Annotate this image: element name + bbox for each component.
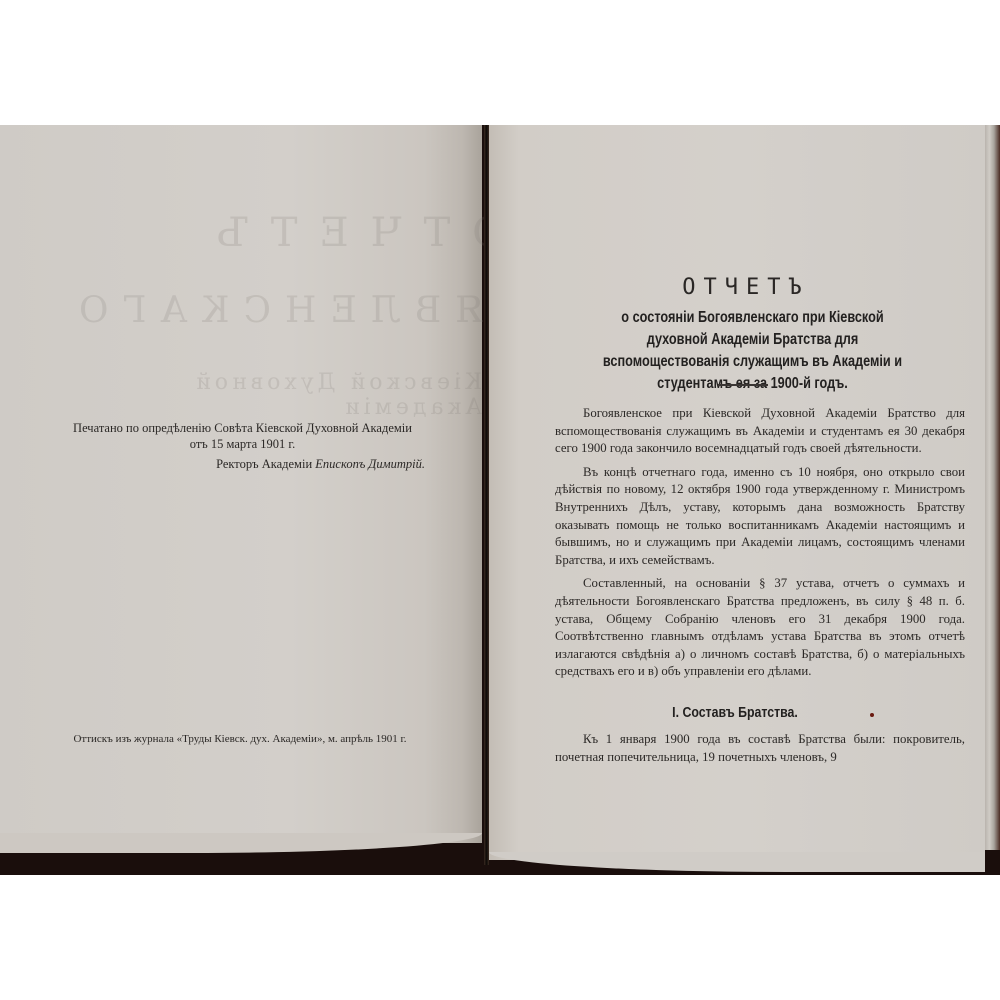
title-divider	[718, 384, 768, 386]
report-body: Богоявленское при Кіевской Духовной Акад…	[555, 405, 965, 687]
left-page: ОТЧЕТЪ БОГОЯВЛЕНСКАГО Кіевской Духовной …	[0, 125, 482, 843]
rector-prefix: Ректоръ Академіи	[216, 457, 312, 471]
imprint-notice: Печатано по опредѣленію Совѣта Кіевской …	[60, 420, 425, 472]
section-heading: I. Составъ Братства.	[582, 705, 888, 721]
document-subtitle: о состояніи Богоявленскаго при Кіевской …	[591, 307, 915, 395]
paragraph-2: Въ концѣ отчетнаго года, именно съ 10 но…	[555, 464, 965, 570]
section-body: Къ 1 января 1900 года въ составѣ Братств…	[555, 730, 965, 766]
imprint-line-2: отъ 15 марта 1901 г.	[190, 437, 295, 451]
ink-speck	[870, 713, 874, 717]
rector-name: Епископъ Димитрій.	[315, 457, 425, 471]
bleed-through-title: ОТЧЕТЪ	[195, 210, 505, 256]
section-paragraph: Къ 1 января 1900 года въ составѣ Братств…	[555, 730, 965, 766]
document-title: ОТЧЕТЪ	[506, 275, 986, 300]
paragraph-3: Составленный, на основаніи § 37 устава, …	[555, 575, 965, 681]
book-photo: ОТЧЕТЪ БОГОЯВЛЕНСКАГО Кіевской Духовной …	[0, 125, 1000, 875]
rector-signature: Ректоръ Академіи Епископъ Димитрій.	[60, 456, 425, 472]
paragraph-1: Богоявленское при Кіевской Духовной Акад…	[555, 405, 965, 458]
page-edges	[985, 125, 1000, 850]
offprint-note: Оттискъ изъ журнала «Труды Кіевск. дух. …	[60, 733, 420, 745]
bleed-through-subtitle: Кіевской Духовной Академіи	[120, 370, 482, 420]
imprint-line-1: Печатано по опредѣленію Совѣта Кіевской …	[73, 421, 412, 435]
